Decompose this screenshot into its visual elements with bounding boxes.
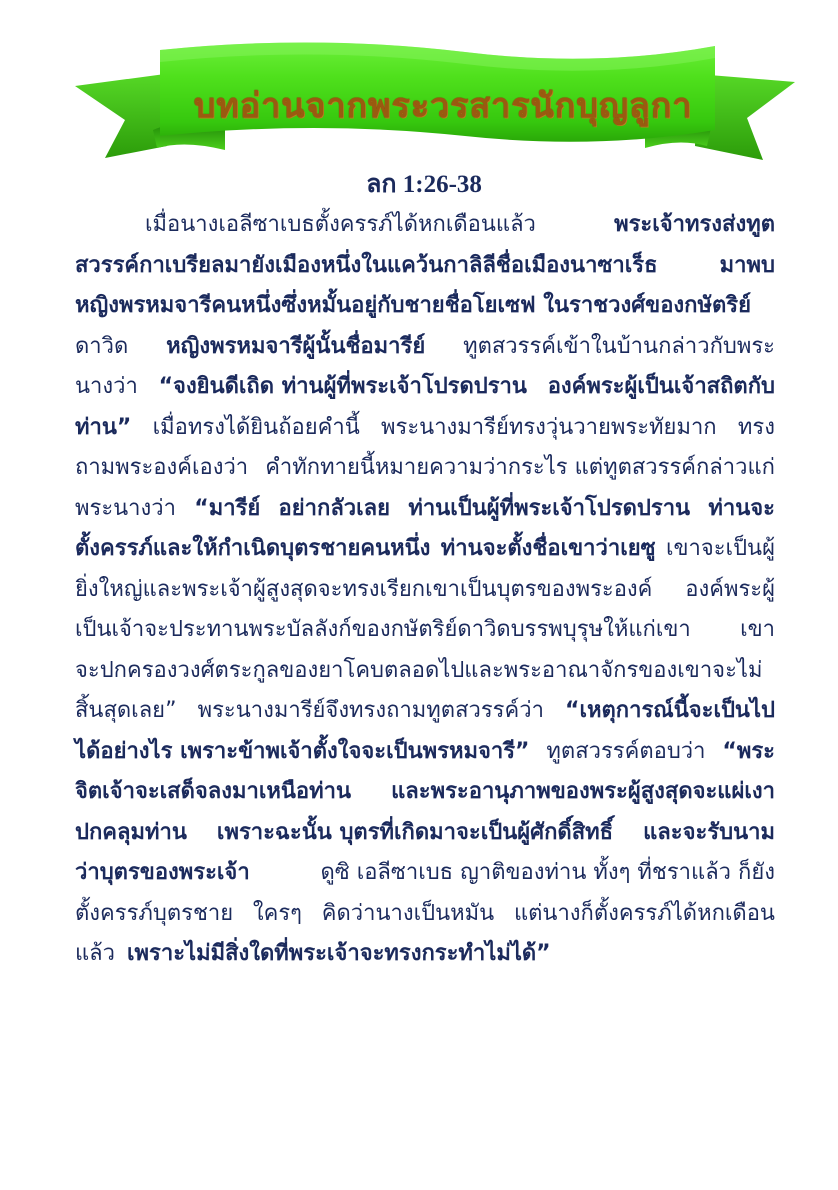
text-segment: ทรง <box>738 408 775 449</box>
bold-text-segment: อย่ากลัวเลย <box>279 489 391 530</box>
text-segment: ทูตสวรรค์เข้าในบ้านกล่าวกับพระ <box>463 327 775 368</box>
bold-text-segment: พระเจ้าทรงส่งทูต <box>614 205 775 246</box>
text-segment: นางว่า <box>75 367 138 408</box>
passage-line: ท่าน”เมื่อทรงได้ยินถ้อยคำนี้พระนางมารีย์… <box>75 408 775 449</box>
bold-text-segment: และจะรับนาม <box>643 813 775 854</box>
passage-line: เป็นเจ้าจะประทานพระบัลลังก์ของกษัตริย์ดา… <box>75 610 775 651</box>
text-segment: ยิ่งใหญ่และพระเจ้าผู้สูงสุดจะทรงเรียกเขา… <box>75 570 652 611</box>
bold-text-segment: จิตเจ้าจะเสด็จลงมาเหนือท่าน <box>75 772 351 813</box>
passage-line: ถามพระองค์เองว่าคำทักทายนี้หมายความว่ากร… <box>75 448 775 489</box>
text-segment: ตั้งครรภ์บุตรชาย <box>75 894 233 935</box>
bold-text-segment: ได้อย่างไร เพราะข้าพเจ้าตั้งใจจะเป็นพรหม… <box>75 732 530 773</box>
text-segment: คิดว่านางเป็นหมัน <box>322 894 494 935</box>
passage-line: ปกคลุมท่านเพราะฉะนั้น บุตรที่เกิดมาจะเป็… <box>75 813 775 854</box>
text-segment: แต่นางก็ตั้งครรภ์ได้หกเดือน <box>514 894 775 935</box>
passage-line: ว่าบุตรของพระเจ้าดูซิ เอลีซาเบธ ญาติของท… <box>75 853 775 894</box>
text-segment: แล้ว <box>75 934 115 975</box>
passage-line: จะปกครองวงศ์ตระกูลของยาโคบตลอดไปและพระอา… <box>75 651 775 692</box>
text-segment: เมื่อนางเอลีซาเบธตั้งครรภ์ได้หกเดือนแล้ว <box>145 205 536 246</box>
text-segment: ดาวิด <box>75 327 128 368</box>
bold-text-segment: “มารีย์ <box>194 489 260 530</box>
bold-text-segment: เพราะไม่มีสิ่งใดที่พระเจ้าจะทรงกระทำไม่ไ… <box>127 934 551 975</box>
text-segment: คำทักทายนี้หมายความว่ากระไร แต่ทูตสวรรค์… <box>265 448 775 489</box>
bold-text-segment: ท่านจะ <box>708 489 775 530</box>
passage-line: พระนางว่า“มารีย์อย่ากลัวเลยท่านเป็นผู้ที… <box>75 489 775 530</box>
passage-line: ดาวิดหญิงพรหมจารีผู้นั้นชื่อมารีย์ทูตสวร… <box>75 327 775 368</box>
bold-text-segment: “จงยินดีเถิด ท่านผู้ที่พระเจ้าโปรดปราน <box>159 367 527 408</box>
text-segment: พระนางว่า <box>75 489 176 530</box>
bold-text-segment: มาพบ <box>720 246 775 287</box>
text-segment: เขาจะเป็นผู้ <box>666 529 775 570</box>
bold-text-segment: หญิงพรหมจารีคนหนึ่งซึ่งหมั้นอยู่กับชายชื… <box>75 286 751 327</box>
bold-text-segment: เพราะฉะนั้น บุตรที่เกิดมาจะเป็นผู้ศักดิ์… <box>217 813 613 854</box>
text-segment: พระนางมารีย์จึงทรงถามทูตสวรรค์ว่า <box>198 691 544 732</box>
passage-line: ตั้งครรภ์และให้กำเนิดบุตรชายคนหนึ่งท่านจ… <box>75 529 775 570</box>
bold-text-segment: ว่าบุตรของพระเจ้า <box>75 853 250 894</box>
gospel-passage: เมื่อนางเอลีซาเบธตั้งครรภ์ได้หกเดือนแล้ว… <box>75 205 775 975</box>
bold-text-segment: หญิงพรหมจารีผู้นั้นชื่อมารีย์ <box>166 327 425 368</box>
passage-line: ยิ่งใหญ่และพระเจ้าผู้สูงสุดจะทรงเรียกเขา… <box>75 570 775 611</box>
text-segment: เป็นเจ้าจะประทานพระบัลลังก์ของกษัตริย์ดา… <box>75 610 691 651</box>
passage-line: สวรรค์กาเบรียลมายังเมืองหนึ่งในแคว้นกาลิ… <box>75 246 775 287</box>
bold-text-segment: “พระ <box>722 732 775 773</box>
text-segment: จะปกครองวงศ์ตระกูลของยาโคบตลอดไปและพระอา… <box>75 651 762 692</box>
text-segment: องค์พระผู้ <box>685 570 775 611</box>
bold-text-segment: องค์พระผู้เป็นเจ้าสถิตกับ <box>548 367 775 408</box>
text-segment: ดูซิ เอลีซาเบธ ญาติของท่าน ทั้งๆ ที่ชราแ… <box>320 853 775 894</box>
bold-text-segment: และพระอานุภาพของพระผู้สูงสุดจะแผ่เงา <box>391 772 775 813</box>
bold-text-segment: ตั้งครรภ์และให้กำเนิดบุตรชายคนหนึ่ง <box>75 529 430 570</box>
text-segment: เขา <box>740 610 775 651</box>
passage-line: แล้วเพราะไม่มีสิ่งใดที่พระเจ้าจะทรงกระทำ… <box>75 934 775 975</box>
passage-line: นางว่า“จงยินดีเถิด ท่านผู้ที่พระเจ้าโปรด… <box>75 367 775 408</box>
text-segment: ใครๆ <box>253 894 302 935</box>
bold-text-segment: สวรรค์กาเบรียลมายังเมืองหนึ่งในแคว้นกาลิ… <box>75 246 658 287</box>
passage-line: เมื่อนางเอลีซาเบธตั้งครรภ์ได้หกเดือนแล้ว… <box>75 205 775 246</box>
bold-text-segment: ท่าน” <box>75 408 131 449</box>
bold-text-segment: ท่านเป็นผู้ที่พระเจ้าโปรดปราน <box>408 489 690 530</box>
passage-line: ตั้งครรภ์บุตรชายใครๆคิดว่านางเป็นหมันแต่… <box>75 894 775 935</box>
text-segment: ทูตสวรรค์ตอบว่า <box>546 732 705 773</box>
passage-line: หญิงพรหมจารีคนหนึ่งซึ่งหมั้นอยู่กับชายชื… <box>75 286 775 327</box>
passage-line: จิตเจ้าจะเสด็จลงมาเหนือท่านและพระอานุภาพ… <box>75 772 775 813</box>
passage-line: สิ้นสุดเลย”พระนางมารีย์จึงทรงถามทูตสวรรค… <box>75 691 775 732</box>
bold-text-segment: “เหตุการณ์นี้จะเป็นไป <box>565 691 775 732</box>
text-segment: ถามพระองค์เองว่า <box>75 448 248 489</box>
text-segment: เมื่อทรงได้ยินถ้อยคำนี้ <box>153 408 360 449</box>
text-segment: พระนางมารีย์ทรงวุ่นวายพระทัยมาก <box>381 408 717 449</box>
bold-text-segment: ปกคลุมท่าน <box>75 813 187 854</box>
title-ribbon-banner: บทอ่านจากพระวรสารนักบุญลูกา <box>75 38 795 163</box>
passage-line: ได้อย่างไร เพราะข้าพเจ้าตั้งใจจะเป็นพรหม… <box>75 732 775 773</box>
scripture-reference: ลก 1:26-38 <box>0 164 838 204</box>
banner-title: บทอ่านจากพระวรสารนักบุญลูกา <box>163 78 723 132</box>
text-segment: สิ้นสุดเลย” <box>75 691 176 732</box>
bold-text-segment: ท่านจะตั้งชื่อเขาว่าเยซู <box>441 529 656 570</box>
